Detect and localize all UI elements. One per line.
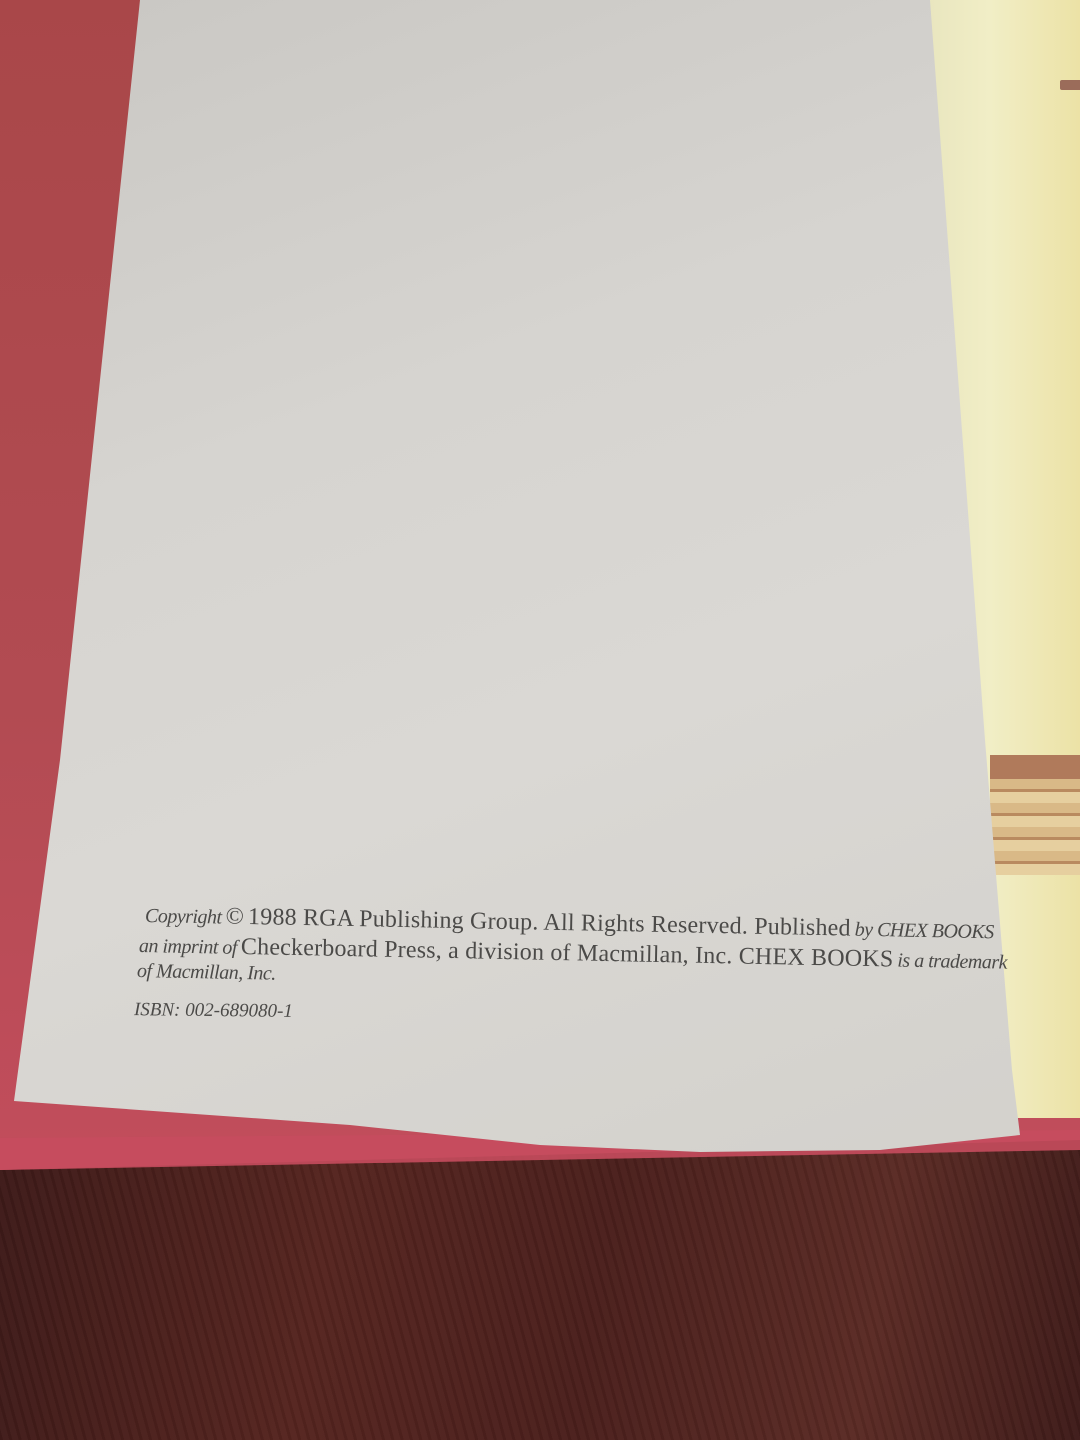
- isbn-number: ISBN: 002-689080-1: [134, 999, 293, 1023]
- trademark-owner: of Macmillan, Inc.: [137, 960, 276, 985]
- publisher-name: by CHEX BOOKS: [854, 919, 993, 944]
- photo-scene: Copyright © 1988 RGA Publishing Group. A…: [0, 0, 1080, 1440]
- imprint-label: an imprint of: [139, 935, 237, 959]
- trademark-text: is a trademark: [897, 950, 1007, 974]
- copyright-text-block: Copyright © 1988 RGA Publishing Group. A…: [0, 0, 1015, 1440]
- copyright-symbol: ©: [225, 904, 244, 930]
- copyright-line-3: of Macmillan, Inc.: [137, 960, 276, 986]
- illustration-beam: [1060, 80, 1080, 90]
- copyright-label: Copyright: [145, 905, 222, 928]
